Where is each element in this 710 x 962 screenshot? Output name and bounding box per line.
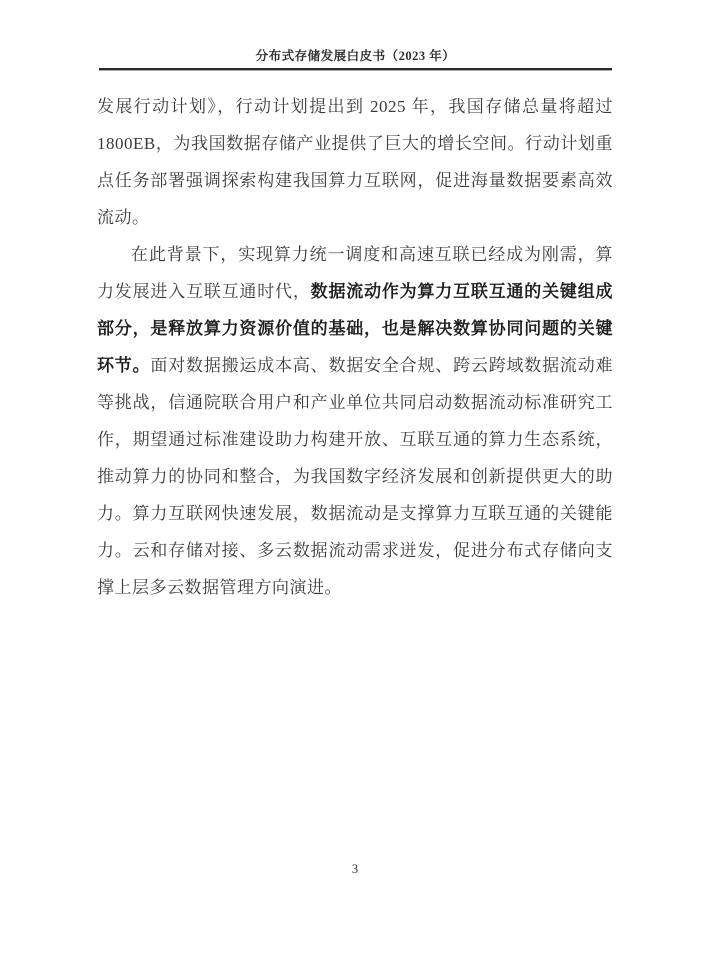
text-segment: 流动。 <box>97 208 150 227</box>
text-line: 作，期望通过标准建设助力构建开放、互联互通的算力生态系统， <box>97 421 613 458</box>
body-text: 发展行动计划》，行动计划提出到 2025 年，我国存储总量将超过1800EB，为… <box>97 88 613 606</box>
text-segment: 1800EB，为我国数据存储产业提供了巨大的增长空间。行动计划重 <box>97 134 613 153</box>
text-line: 在此背景下，实现算力统一调度和高速互联已经成为刚需，算 <box>97 236 613 273</box>
text-line: 等挑战，信通院联合用户和产业单位共同启动数据流动标准研究工 <box>97 384 613 421</box>
header-rule <box>99 68 612 71</box>
header-title: 分布式存储发展白皮书（2023 年） <box>99 0 612 64</box>
bold-text-segment: 环节。 <box>97 356 150 375</box>
text-line: 力。云和存储对接、多云数据流动需求迸发，促进分布式存储向支 <box>97 532 613 569</box>
text-line: 力。算力互联网快速发展，数据流动是支撑算力互联互通的关键能 <box>97 495 613 532</box>
text-segment: 推动算力的协同和整合，为我国数字经济发展和创新提供更大的助 <box>97 467 613 486</box>
text-line: 1800EB，为我国数据存储产业提供了巨大的增长空间。行动计划重 <box>97 125 613 162</box>
text-segment: 发展行动计划》，行动计划提出到 2025 年，我国存储总量将超过 <box>97 97 613 116</box>
text-segment: 在此背景下，实现算力统一调度和高速互联已经成为刚需，算 <box>131 245 613 264</box>
bold-text-segment: 部分，是释放算力资源价值的基础，也是解决数算协同问题的关键 <box>97 319 613 338</box>
text-segment: 撑上层多云数据管理方向演进。 <box>97 578 342 597</box>
text-line: 力发展进入互联互通时代，数据流动作为算力互联互通的关键组成 <box>97 273 613 310</box>
page-number: 3 <box>352 862 358 876</box>
text-line: 推动算力的协同和整合，为我国数字经济发展和创新提供更大的助 <box>97 458 613 495</box>
text-segment: 力发展进入互联互通时代， <box>97 282 311 301</box>
text-segment: 力。算力互联网快速发展，数据流动是支撑算力互联互通的关键能 <box>97 504 613 523</box>
text-segment: 点任务部署强调探索构建我国算力互联网，促进海量数据要素高效 <box>97 171 613 190</box>
document-page: 分布式存储发展白皮书（2023 年） 发展行动计划》，行动计划提出到 2025 … <box>0 0 710 962</box>
text-segment: 作，期望通过标准建设助力构建开放、互联互通的算力生态系统， <box>97 430 613 449</box>
bold-text-segment: 数据流动作为算力互联互通的关键组成 <box>311 282 613 301</box>
page-header: 分布式存储发展白皮书（2023 年） <box>99 0 612 71</box>
text-segment: 等挑战，信通院联合用户和产业单位共同启动数据流动标准研究工 <box>97 393 613 412</box>
text-line: 环节。面对数据搬运成本高、数据安全合规、跨云跨域数据流动难 <box>97 347 613 384</box>
text-line: 部分，是释放算力资源价值的基础，也是解决数算协同问题的关键 <box>97 310 613 347</box>
text-line: 点任务部署强调探索构建我国算力互联网，促进海量数据要素高效 <box>97 162 613 199</box>
page-footer: 3 <box>0 860 710 878</box>
text-line: 流动。 <box>97 199 613 236</box>
text-line: 撑上层多云数据管理方向演进。 <box>97 569 613 606</box>
text-line: 发展行动计划》，行动计划提出到 2025 年，我国存储总量将超过 <box>97 88 613 125</box>
text-segment: 面对数据搬运成本高、数据安全合规、跨云跨域数据流动难 <box>150 356 613 375</box>
text-segment: 力。云和存储对接、多云数据流动需求迸发，促进分布式存储向支 <box>97 541 613 560</box>
